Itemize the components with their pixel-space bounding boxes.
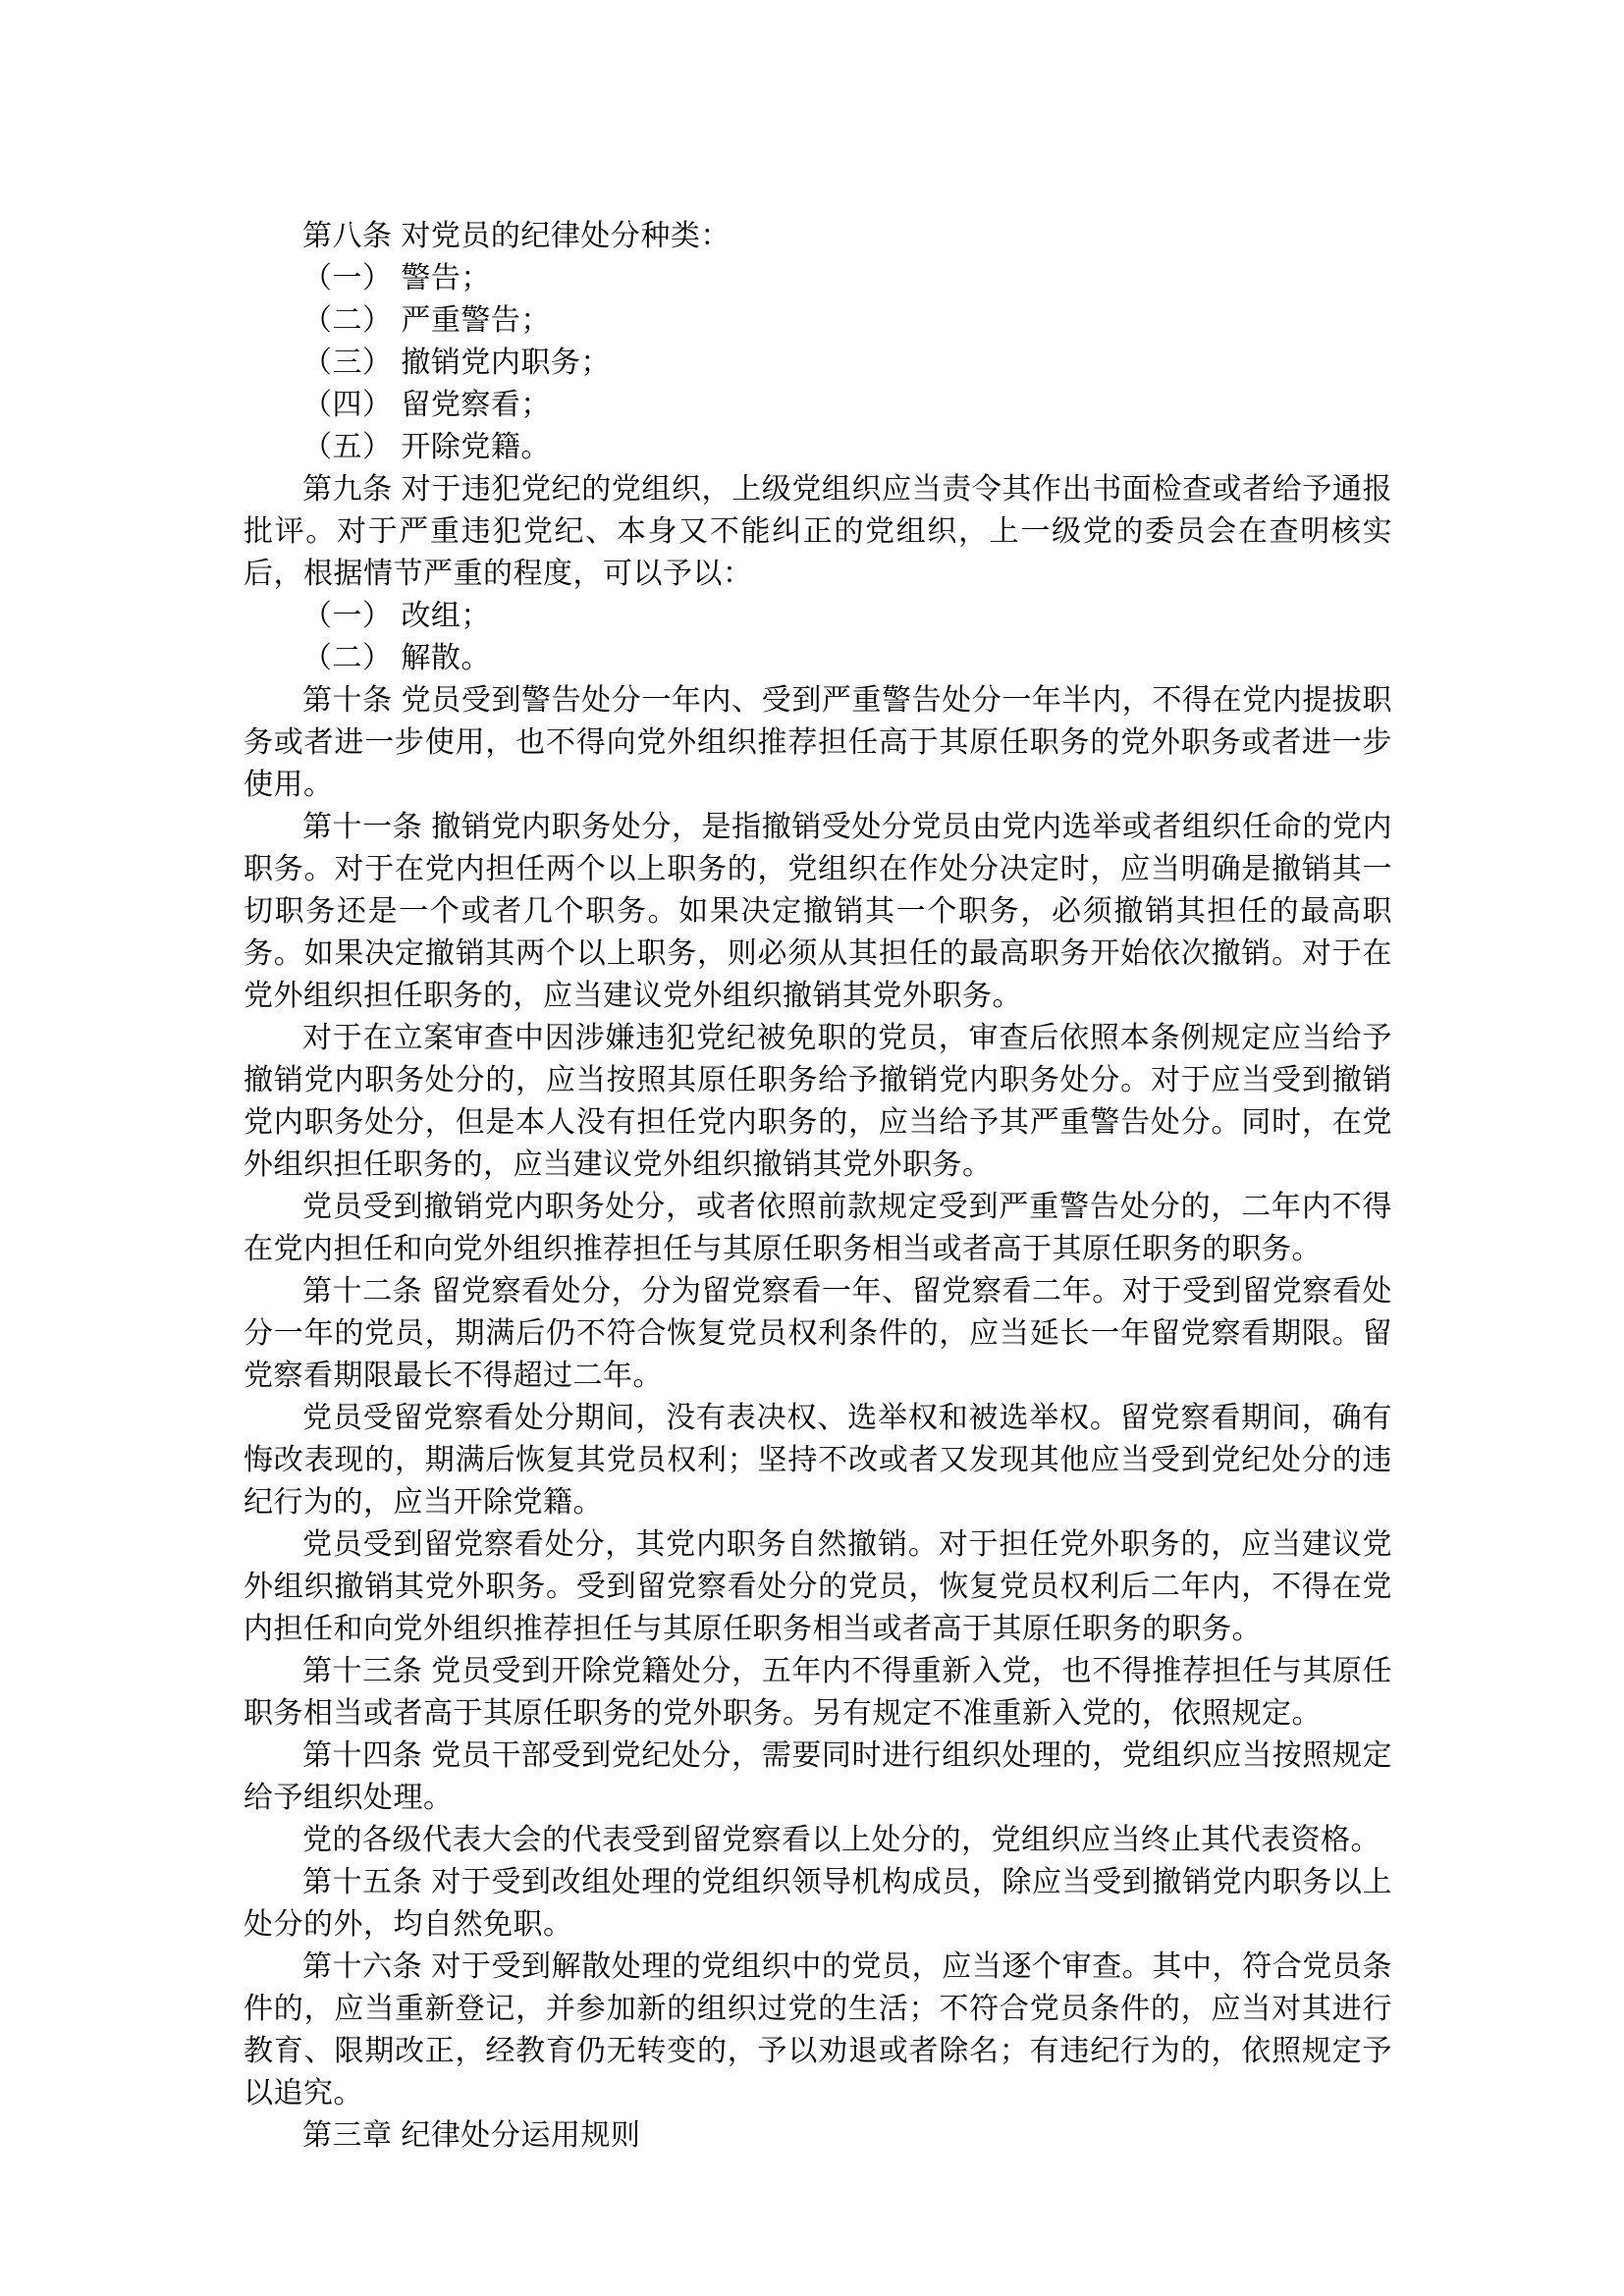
para-article-9: 第九条 对于违犯党纪的党组织，上级党组织应当责令其作出书面检查或者给予通报批评。…: [244, 468, 1392, 595]
para-article-11-clause-3: 党员受到撤销党内职务处分，或者依照前款规定受到严重警告处分的，二年内不得在党内担…: [244, 1186, 1392, 1270]
list-item-probation: （四） 留党察看；: [244, 384, 1392, 426]
list-item-removal-of-posts: （三） 撤销党内职务；: [244, 342, 1392, 384]
para-article-12-clause-3: 党员受到留党察看处分，其党内职务自然撤销。对于担任党外职务的，应当建议党外组织撤…: [244, 1523, 1392, 1650]
para-article-14: 第十四条 党员干部受到党纪处分，需要同时进行组织处理的，党组织应当按照规定给予组…: [244, 1735, 1392, 1819]
list-item-warning: （一） 警告；: [244, 257, 1392, 299]
chapter-3-heading: 第三章 纪律处分运用规则: [244, 2114, 1392, 2157]
list-item-expulsion: （五） 开除党籍。: [244, 426, 1392, 468]
para-article-11-clause-2: 对于在立案审查中因涉嫌违犯党纪被免职的党员，审查后依照本条例规定应当给予撤销党内…: [244, 1017, 1392, 1186]
para-article-12-clause-2: 党员受留党察看处分期间，没有表决权、选举权和被选举权。留党察看期间，确有悔改表现…: [244, 1397, 1392, 1523]
para-article-13: 第十三条 党员受到开除党籍处分，五年内不得重新入党，也不得推荐担任与其原任职务相…: [244, 1650, 1392, 1735]
para-article-8: 第八条 对党员的纪律处分种类：: [244, 215, 1392, 257]
para-article-14-clause-2: 党的各级代表大会的代表受到留党察看以上处分的，党组织应当终止其代表资格。: [244, 1819, 1392, 1861]
list-item-dissolution: （二） 解散。: [244, 637, 1392, 679]
list-item-reorganization: （一） 改组；: [244, 595, 1392, 637]
document-page: 第八条 对党员的纪律处分种类： （一） 警告； （二） 严重警告； （三） 撤销…: [0, 0, 1624, 2296]
para-article-11: 第十一条 撤销党内职务处分，是指撤销受处分党员由党内选举或者组织任命的党内职务。…: [244, 806, 1392, 1017]
para-article-15: 第十五条 对于受到改组处理的党组织领导机构成员，除应当受到撤销党内职务以上处分的…: [244, 1861, 1392, 1946]
para-article-16: 第十六条 对于受到解散处理的党组织中的党员，应当逐个审查。其中，符合党员条件的，…: [244, 1946, 1392, 2114]
para-article-12: 第十二条 留党察看处分，分为留党察看一年、留党察看二年。对于受到留党察看处分一年…: [244, 1270, 1392, 1397]
para-article-10: 第十条 党员受到警告处分一年内、受到严重警告处分一年半内，不得在党内提拔职务或者…: [244, 679, 1392, 806]
list-item-serious-warning: （二） 严重警告；: [244, 299, 1392, 342]
